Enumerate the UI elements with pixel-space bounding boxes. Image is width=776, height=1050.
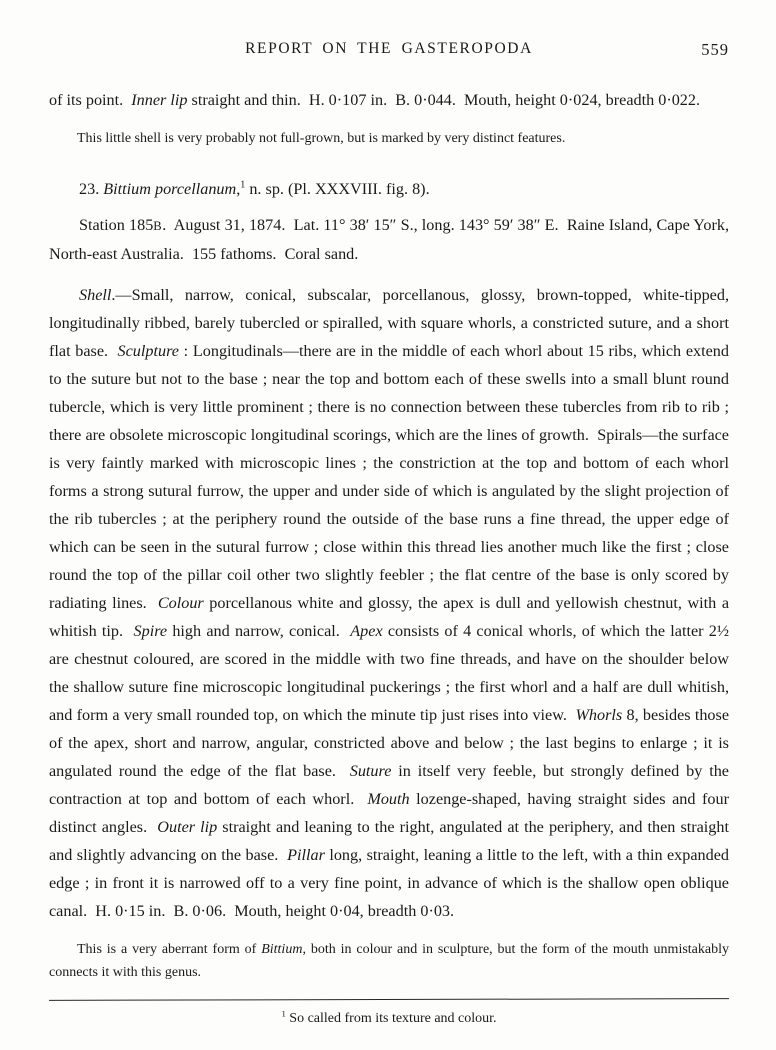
closing-note: This is a very aberrant form of Bittium,… [49,938,729,984]
text-segment: Bittium [261,942,302,957]
text-segment: Spire [134,622,168,640]
text-segment: Inner lip [131,91,187,109]
text-segment: Pillar [287,846,325,864]
text-segment: Shell [79,286,111,304]
text-segment: straight and thin. H. 0·107 in. B. 0·044… [188,91,701,109]
text-segment: Station 185 [79,216,153,234]
text-segment: n. sp. (Pl. XXXVIII. fig. 8). [245,180,429,198]
text-segment: of its point. [49,91,131,109]
page-number: 559 [701,40,729,60]
text-segment: : Longitudinals—there are in the middle … [49,342,729,612]
text-segment: Colour [158,594,204,612]
text-segment: This is a very aberrant form of [77,942,261,957]
text-segment: Suture [350,762,392,780]
text-segment: So called from its texture and colour. [286,1011,497,1026]
station-paragraph: Station 185B. August 31, 1874. Lat. 11° … [49,211,729,268]
text-segment: high and narrow, conical. [167,622,350,640]
text-segment: This little shell is very probably not f… [77,131,565,146]
running-header: REPORT ON THE GASTEROPODA 559 [49,40,729,62]
paragraph-measurements-continuation: of its point. Inner lip straight and thi… [49,86,729,114]
footnote-separator-rule [49,998,729,1001]
footnote: 1 So called from its texture and colour. [49,1008,729,1030]
note-shell-not-full-grown: This little shell is very probably not f… [49,127,729,150]
text-segment: Apex [350,622,382,640]
text-segment: 23. [79,180,103,198]
text-segment: Outer lip [157,818,217,836]
page-header-title: REPORT ON THE GASTEROPODA [245,40,533,57]
text-segment: Mouth [367,790,409,808]
scanned-book-page: REPORT ON THE GASTEROPODA 559 of its poi… [0,0,776,1050]
species-heading: 23. Bittium porcellanum,1 n. sp. (Pl. XX… [49,175,729,203]
text-segment: Whorls [575,706,622,724]
text-segment: Bittium porcellanum [103,180,236,198]
shell-description-paragraph: Shell.—Small, narrow, conical, subscalar… [49,281,729,925]
text-segment: Sculpture [118,342,179,360]
text-segment: B [153,219,162,233]
